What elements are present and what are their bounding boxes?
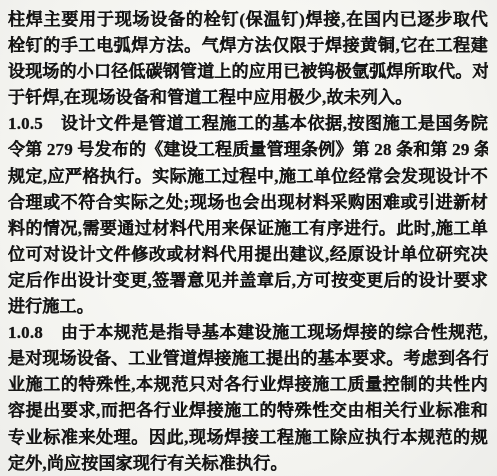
text-line: 设现场的小口径低碳钢管道上的应用已被钨极氩弧焊所取代。对 [8,59,488,85]
text-line: 定后作出设计变更,签署意见并盖章后,方可按变更后的设计要求 [8,268,488,294]
text-line: 位可对设计文件修改或材料代用提出建议,经原设计单位研究决 [8,242,488,268]
text-line: 合理或不符合实际之处;现场也会出现材料采购困难或引进新材 [8,190,488,216]
text-line: 容提出要求,而把各行业焊接施工的特殊性交由相关行业标准和 [8,398,488,424]
text-line: 料的情况,需要通过材料代用来保证施工有序进行。此时,施工单 [8,216,488,242]
text-line: 业施工的特殊性,本规范只对各行业焊接施工质量控制的共性内 [8,372,488,398]
text-line: 进行施工。 [8,294,488,320]
text-line: 栓钉的手工电弧焊方法。气焊方法仅限于焊接黄铜,它在工程建 [8,33,488,59]
text-line: 定外,尚应按国家现行有关标准执行。 [8,451,488,476]
text-line: 令第 279 号发布的《建设工程质量管理条例》第 28 条和第 29 条的 [8,137,488,163]
text-line-section-1-0-8: 1.0.8 由于本规范是指导基本建设施工现场焊接的综合性规范, [8,320,488,346]
document-page: 柱焊主要用于现场设备的栓钉(保温钉)焊接,在国内已逐步取代 栓钉的手工电弧焊方法… [0,0,497,476]
text-line: 是对现场设备、工业管道焊接施工提出的基本要求。考虑到各行 [8,346,488,372]
text-line-section-1-0-5: 1.0.5 设计文件是管道工程施工的基本依据,按图施工是国务院 [8,111,488,137]
text-line: 于钎焊,在现场设备和管道工程中应用极少,故未列入。 [8,85,488,111]
text-line: 规定,应严格执行。实际施工过程中,施工单位经常会发现设计不 [8,164,488,190]
text-line: 专业标准来处理。因此,现场焊接工程施工除应执行本规范的规 [8,425,488,451]
text-line: 柱焊主要用于现场设备的栓钉(保温钉)焊接,在国内已逐步取代 [8,7,488,33]
